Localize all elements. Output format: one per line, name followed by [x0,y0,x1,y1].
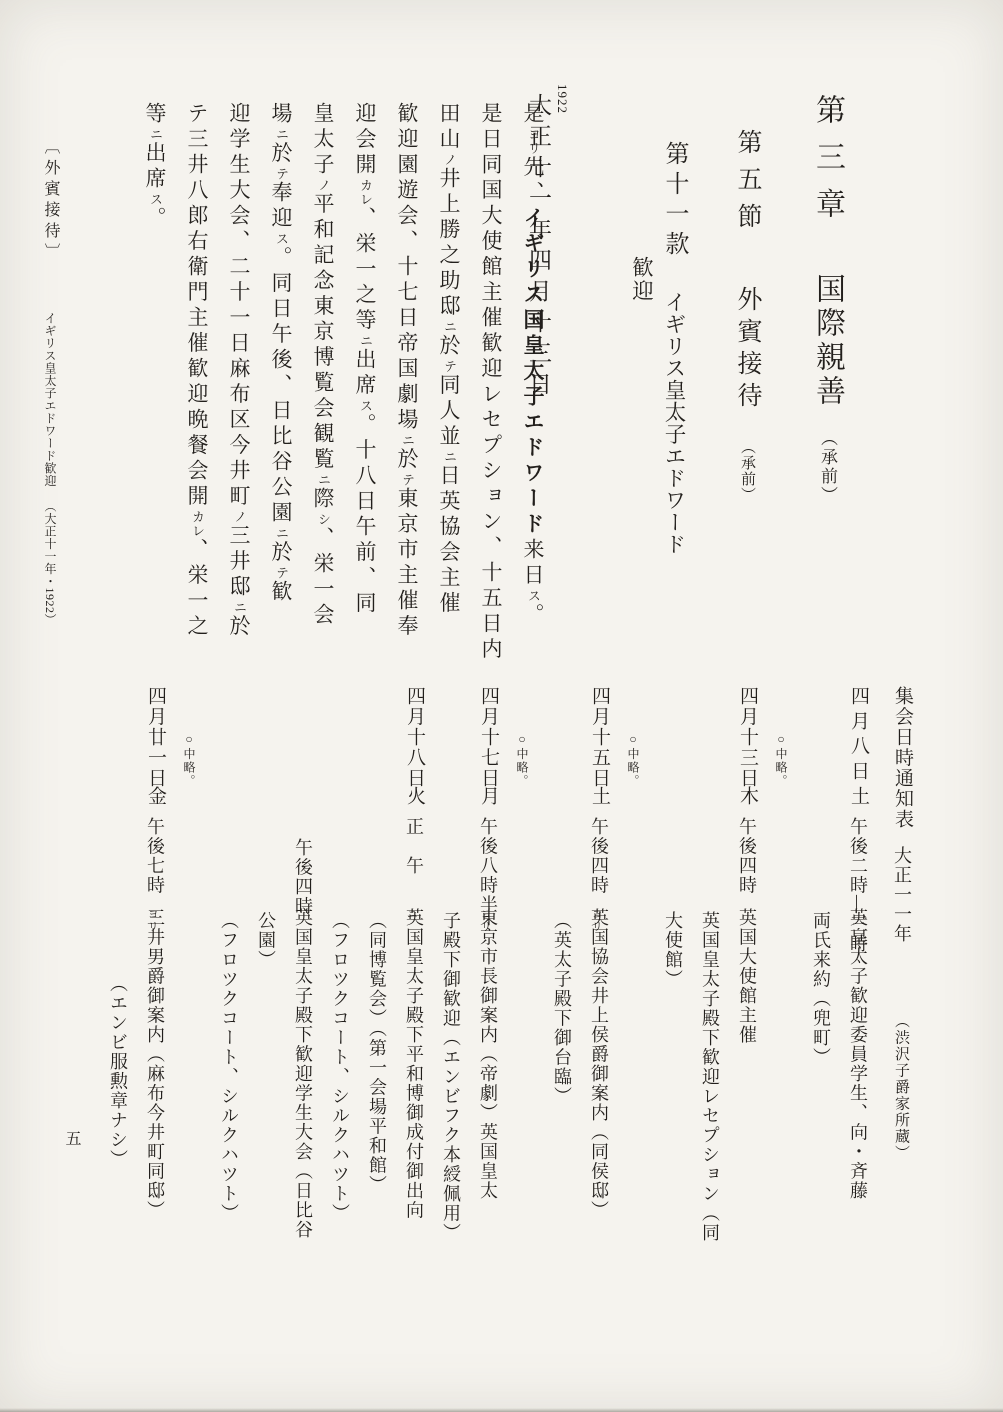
event-date: 四月十五日 [590,686,609,789]
paragraph-line-10: 等ニ出席ス。 [142,102,165,684]
schedule-event-11: 四月十七日月午後八時半東京市長ヨリ御案内（帝劇）英国皇太 [479,686,501,1358]
event-weekday: 土 [590,786,609,807]
schedule-event-13: 四月十八日火正 午英国皇太子殿下平和博御成ニ付御出向 [405,686,427,1358]
schedule-continuation-line: 子殿下御歓迎（エンビフク本綬佩用） [442,686,464,1358]
schedule-continuation-line: 両氏来約（兜町） [812,686,834,1358]
schedule-event-8: 四月十五日土午後四時英国協会井上侯爵ヨリ御案内（同侯邸） [590,686,612,1358]
schedule-continuation-line: 大使館） [664,686,686,1358]
margin-note-title: イギリス皇太子エドワード歓迎 [43,312,57,487]
continuation-text: 子殿下御歓迎（エンビフク本綬佩用） [442,911,460,1243]
subsection-title-line2: 歓迎 [630,256,652,303]
continuation-text: （同博覧会）（第一会場平和館） [368,911,386,1195]
event-time: 午後四時 [590,817,608,895]
chapter-title: 国際親善 [811,273,844,409]
schedule-continuation-line: （英太子殿下御台臨） [553,686,575,1358]
schedule-table: 集会日時通知表大正一一年（渋沢子爵家所蔵）四月八日土午後二時―三時英皇太子歓迎委… [94,686,920,1358]
continuation-text: 大使館） [664,911,682,989]
event-time: 午後八時半 [479,817,497,915]
chapter-continued-note: （承前） [818,429,837,505]
event-weekday: 土 [849,786,868,807]
schedule-continuation-line: （フロツクコート、シルクハツト） [331,686,353,1358]
paragraph-line-8: 迎学生大会、二十一日麻布区今井町ノ三井邸ニ於 [226,102,249,684]
event-date: 四月廿一日 [146,686,165,789]
event-date: 四月十七日 [479,686,498,789]
continuation-text: 公園） [257,911,275,970]
omission-text: ○中略。 [775,732,787,788]
schedule-omission-mark: ○中略。 [183,686,205,1358]
section-heading: 第五節 外賓接待 （承前） [735,129,760,503]
paragraph-line-4: 歓迎園遊会、十七日帝国劇場ニ於テ東京市主催奉 [394,102,417,684]
paragraph-line-5: 迎会開カレ、栄一之等ニ出席ス。十八日午前、同 [352,102,375,684]
event-description: 英国皇太子殿下歓迎学生大会（日比谷 [294,908,312,1240]
event-description: 英国大使館主催 [738,908,756,1045]
omission-text: ○中略。 [183,732,195,788]
event-time: 正 午 [405,817,423,876]
schedule-continuation-line: （フロツクコート、シルクハツト） [220,686,242,1358]
event-weekday: 火 [405,786,424,807]
paragraph-line-1: 是ヨリ先、イギリス国皇太子エドワード来日ス。 [520,102,543,684]
event-time: 午後四時 [294,838,312,916]
schedule-year: 大正一一年 [893,846,911,944]
chapter-heading: 第三章 国際親善 （承前） [812,94,842,505]
schedule-continuation-line: （同博覧会）（第一会場平和館） [368,686,390,1358]
schedule-continuation-line: 公園） [257,686,279,1358]
schedule-omission-mark: ○中略。 [516,686,538,1358]
paragraph-line-6: 皇太子ノ平和記念東京博覧会観覧ニ際シ、栄一会 [310,102,333,684]
schedule-omission-mark: ○中略。 [627,686,649,1358]
event-time: 午後四時 [738,817,756,895]
continuation-text: 両氏来約（兜町） [812,911,830,1067]
continuation-text: （英太子殿下御台臨） [553,911,571,1106]
paragraph-line-2: 是日同国大使館主催歓迎レセプション、十五日内 [478,102,501,684]
paragraph-line-9: テ三井八郎右衛門主催歓迎晩餐会開カレ、栄一之 [184,102,207,684]
event-description: 東京市長ヨリ御案内（帝劇）英国皇太 [479,908,497,1201]
event-date: 四月八日 [849,686,868,786]
margin-note-date: （大正十一年・1922） [43,500,57,626]
paragraph-line-3: 田山ノ井上勝之助邸ニ於テ同人並ニ日英協会主催 [436,102,459,684]
event-weekday: 月 [479,786,498,807]
subsection-number: 第十一款 [661,141,687,261]
event-date: 四月十八日 [405,686,424,789]
section-title: 外賓接待 [734,286,761,414]
margin-note-category: 〔外賓接待〕 [42,138,59,264]
event-date: 四月十三日 [738,686,757,789]
event-description: 英国協会井上侯爵ヨリ御案内（同侯邸） [590,908,608,1220]
schedule-continuation-line: 英国皇太子殿下歓迎レセプション（同 [701,686,723,1358]
emphasis-prince-edward: イギリス国皇太子エドワード [521,207,545,539]
schedule-event-1: 四月八日土午後二時―三時英皇太子歓迎委員学生、向・斉藤 [849,686,871,1358]
schedule-source: （渋沢子爵家所蔵） [893,1013,908,1162]
schedule-title-column: 集会日時通知表大正一一年（渋沢子爵家所蔵） [893,686,920,1358]
schedule-continuation-line: （エンビ服勲章ナシ） [109,686,131,1358]
scanned-book-page: 第三章 国際親善 （承前） 第五節 外賓接待 （承前） 第十一款 イギリス皇太子… [0,0,1003,1412]
subsection-heading: 第十一款 イギリス皇太子エドワード [662,141,686,555]
western-year-annotation: 1922 [556,84,569,114]
subsection-title: イギリス皇太子エドワード [662,291,686,555]
continuation-text: （フロツクコート、シルクハツト） [220,911,238,1223]
continuation-text: 英国皇太子殿下歓迎レセプション（同 [701,911,719,1243]
event-weekday: 木 [738,786,757,807]
chapter-number: 第三章 [811,94,844,235]
paragraph-line-7: 場ニ於テ奉迎ス。同日午後、日比谷公園ニ於テ歓 [268,102,291,684]
schedule-title: 集会日時通知表 [893,686,912,830]
schedule-event-4: 四月十三日木午後四時英国大使館主催 [738,686,760,1358]
section-continued-note: （承前） [739,439,755,503]
schedule-event-20: 四月廿一日金午後七時三井男爵ヨリ御案内（麻布今井町同邸） [146,686,168,1358]
continuation-text: （エンビ服勲章ナシ） [109,974,127,1169]
continuation-text: （フロツクコート、シルクハツト） [331,911,349,1223]
page-number: 五 [63,1130,79,1146]
event-description: 英国皇太子殿下平和博御成ニ付御出向 [405,908,423,1220]
section-number: 第五節 [734,129,761,240]
event-description: 三井男爵ヨリ御案内（麻布今井町同邸） [146,908,164,1220]
omission-text: ○中略。 [516,732,528,788]
event-description: 英皇太子歓迎委員学生、向・斉藤 [849,908,867,1201]
schedule-omission-mark: ○中略。 [775,686,797,1358]
body-paragraph: 是ヨリ先、イギリス国皇太子エドワード来日ス。是日同国大使館主催歓迎レセプション、… [123,102,543,684]
margin-note: 〔外賓接待〕 イギリス皇太子エドワード歓迎 （大正十一年・1922） [42,138,58,626]
event-time: 午後七時 [146,817,164,895]
schedule-event-sameday-16: 午後四時英国皇太子殿下歓迎学生大会（日比谷 [294,686,316,1358]
omission-text: ○中略。 [627,732,639,788]
event-weekday: 金 [146,786,165,807]
